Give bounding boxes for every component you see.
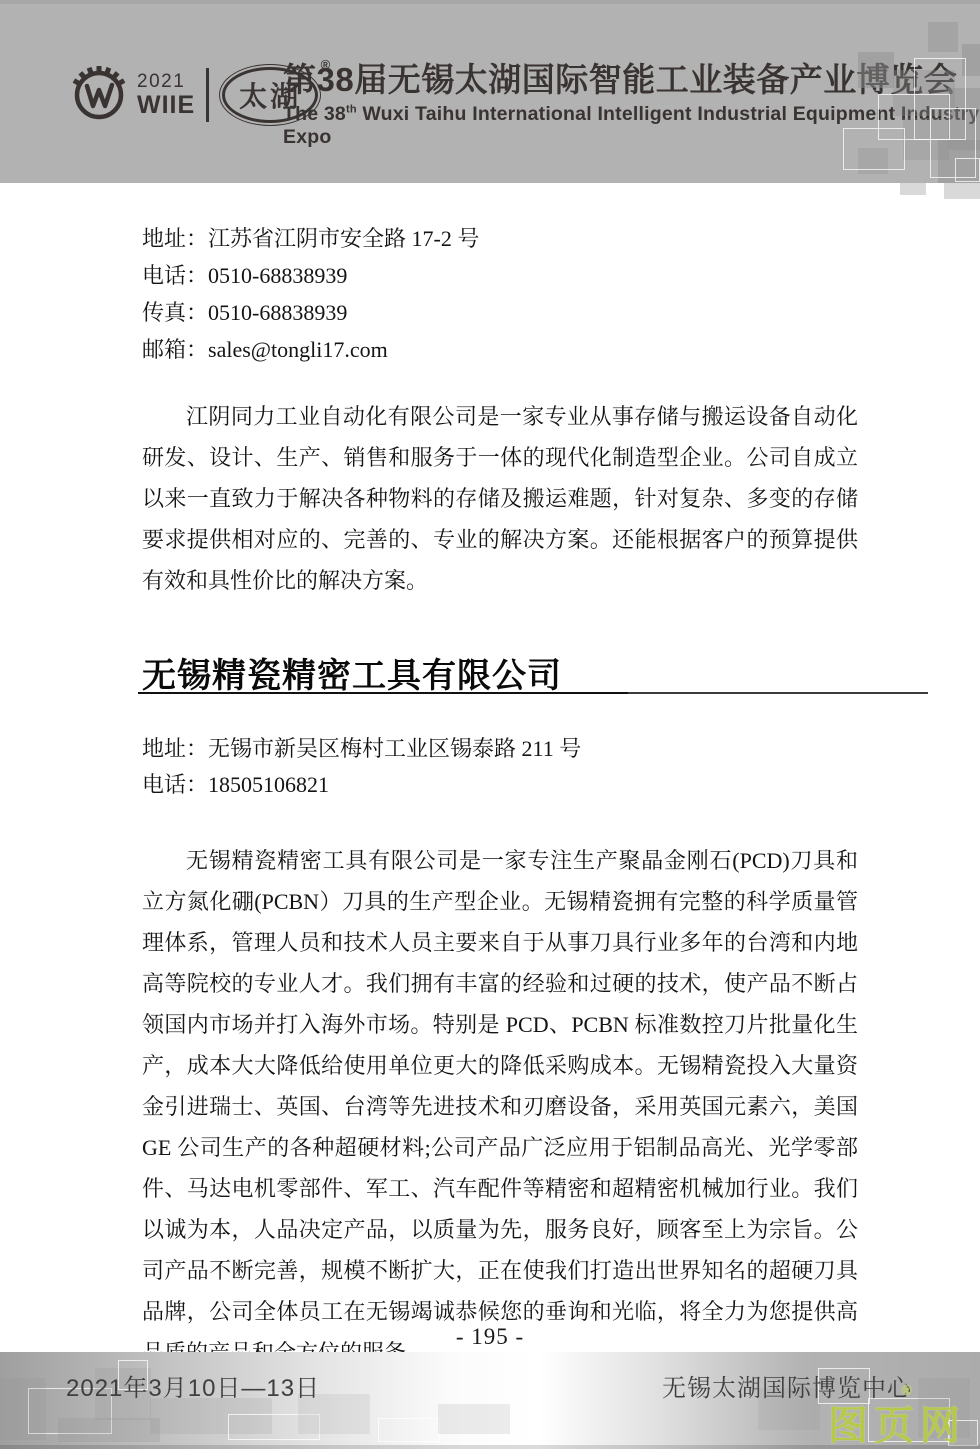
contact-row: 邮箱：sales@tongli17.com: [142, 337, 479, 374]
company1-contact-list: 地址：江苏省江阴市安全路 17-2 号 电话：0510-68838939 传真：…: [142, 226, 479, 374]
contact-value: 江苏省江阴市安全路 17-2 号: [208, 226, 479, 251]
company1-description: 江阴同力工业自动化有限公司是一家专业从事存储与搬运设备自动化研发、设计、生产、销…: [142, 396, 858, 601]
contact-label: 邮箱：: [142, 337, 208, 362]
contact-label: 电话：: [142, 263, 208, 288]
logo-year: 2021: [137, 72, 195, 91]
catalog-page: 2021 WIIE 太湖 ® 第38届无锡太湖国际智能工业装备产业博览会 The…: [0, 0, 980, 1449]
subtitle-ordinal: th: [346, 104, 357, 116]
contact-label: 传真：: [142, 300, 208, 325]
section-rule: [138, 692, 928, 694]
logo-wordmark: 2021 WIIE: [137, 72, 195, 118]
header-bar: 2021 WIIE 太湖 ® 第38届无锡太湖国际智能工业装备产业博览会 The…: [0, 0, 980, 183]
contact-value: 无锡市新吴区梅村工业区锡泰路 211 号: [208, 736, 581, 761]
contact-value: 18505106821: [208, 772, 329, 797]
contact-value: 0510-68838939: [208, 300, 347, 325]
contact-value: sales@tongli17.com: [208, 337, 388, 362]
page-number: - 195 -: [0, 1324, 980, 1350]
watermark-registered-mark-icon: ®: [902, 1382, 912, 1398]
contact-label: 地址：: [142, 226, 208, 251]
subtitle-prefix: The 38: [283, 103, 346, 125]
expo-logo: 2021 WIIE 太湖 ®: [70, 60, 318, 130]
contact-label: 电话：: [142, 772, 208, 797]
contact-row: 地址：无锡市新吴区梅村工业区锡泰路 211 号: [142, 736, 581, 772]
company2-description: 无锡精瓷精密工具有限公司是一家专注生产聚晶金刚石(PCD)刀具和立方氮化硼(PC…: [142, 840, 858, 1373]
logo-divider: [206, 68, 209, 122]
footer-dates: 2021年3月10日—13日: [66, 1368, 320, 1403]
watermark-text: 图页网: [828, 1404, 966, 1448]
logo-brand: WIIE: [137, 93, 195, 118]
company2-contact-list: 地址：无锡市新吴区梅村工业区锡泰路 211 号 电话：18505106821: [142, 736, 581, 808]
gear-icon: [70, 64, 128, 127]
contact-row: 传真：0510-68838939: [142, 300, 479, 337]
contact-row: 地址：江苏省江阴市安全路 17-2 号: [142, 226, 479, 263]
contact-value: 0510-68838939: [208, 263, 347, 288]
contact-label: 地址：: [142, 736, 208, 761]
company2-name-heading: 无锡精瓷精密工具有限公司: [142, 648, 562, 697]
watermark-logo: 图页网 ®: [828, 1394, 966, 1449]
contact-row: 电话：18505106821: [142, 772, 581, 808]
contact-row: 电话：0510-68838939: [142, 263, 479, 300]
